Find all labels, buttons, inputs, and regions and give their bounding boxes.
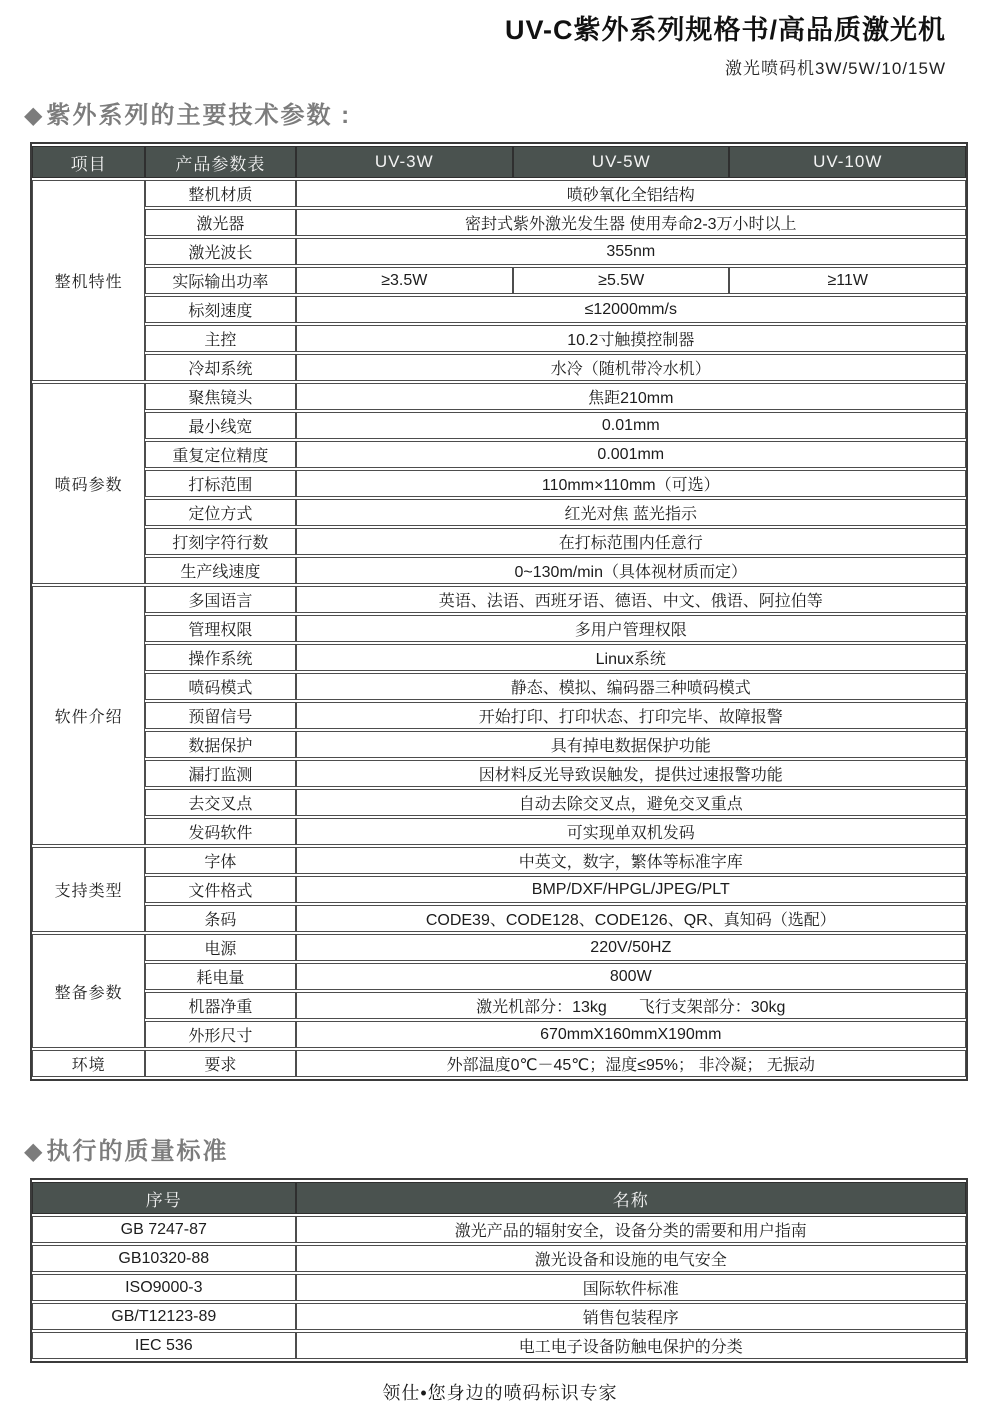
- param-cell: 主控: [145, 325, 295, 352]
- standard-name: 销售包装程序: [296, 1303, 966, 1330]
- param-cell: 定位方式: [145, 499, 295, 526]
- group-label: 支持类型: [32, 847, 145, 932]
- table-row: 重复定位精度 0.001mm: [32, 441, 966, 468]
- col-header-serial: 序号: [32, 1182, 296, 1214]
- page-title: UV-C紫外系列规格书/高品质激光机: [0, 8, 946, 47]
- table-row: 冷却系统 水冷（随机带冷水机）: [32, 354, 966, 381]
- table-row: 最小线宽 0.01mm: [32, 412, 966, 439]
- col-header-param: 产品参数表: [145, 146, 295, 178]
- standards-table-wrap: 序号 名称 GB 7247-87 激光产品的辐射安全，设备分类的需要和用户指南 …: [30, 1178, 968, 1363]
- value-cell: 激光机部分：13kg 飞行支架部分：30kg: [296, 992, 966, 1019]
- value-cell: 具有掉电数据保护功能: [296, 731, 966, 758]
- param-cell: 机器净重: [145, 992, 295, 1019]
- table-row: 定位方式 红光对焦 蓝光指示: [32, 499, 966, 526]
- spec-table: 项目 产品参数表 UV-3W UV-5W UV-10W 整机特性 整机材质 喷砂…: [30, 142, 968, 1081]
- table-header-row: 项目 产品参数表 UV-3W UV-5W UV-10W: [32, 146, 966, 178]
- value-cell: 水冷（随机带冷水机）: [296, 354, 966, 381]
- section-heading-params: ◆紫外系列的主要技术参数 :: [24, 95, 1000, 130]
- col-header-name: 名称: [296, 1182, 966, 1214]
- diamond-icon: ◆: [24, 1138, 44, 1165]
- col-header-uv10w: UV-10W: [729, 146, 966, 178]
- param-cell: 多国语言: [145, 586, 295, 613]
- param-cell: 生产线速度: [145, 557, 295, 584]
- value-cell: 110mm×110mm（可选）: [296, 470, 966, 497]
- table-header-row: 序号 名称: [32, 1182, 966, 1214]
- table-row: 条码 CODE39、CODE128、CODE126、QR、真知码（选配）: [32, 905, 966, 932]
- param-cell: 操作系统: [145, 644, 295, 671]
- value-cell: 密封式紫外激光发生器 使用寿命2-3万小时以上: [296, 209, 966, 236]
- param-cell: 激光器: [145, 209, 295, 236]
- standard-code: GB/T12123-89: [32, 1303, 296, 1330]
- standard-code: GB 7247-87: [32, 1216, 296, 1243]
- value-cell: 0~130m/min（具体视材质而定）: [296, 557, 966, 584]
- section-title: 紫外系列的主要技术参数 :: [46, 102, 351, 129]
- group-label: 整备参数: [32, 934, 145, 1048]
- table-row: 喷码参数 聚焦镜头 焦距210mm: [32, 383, 966, 410]
- value-cell: 220V/50HZ: [296, 934, 966, 961]
- group-label: 喷码参数: [32, 383, 145, 584]
- value-cell-uv3w: ≥3.5W: [296, 267, 513, 294]
- value-cell: 开始打印、打印状态、打印完毕、故障报警: [296, 702, 966, 729]
- value-cell: 在打标范围内任意行: [296, 528, 966, 555]
- param-cell: 耗电量: [145, 963, 295, 990]
- param-cell: 整机材质: [145, 180, 295, 207]
- standard-code: ISO9000-3: [32, 1274, 296, 1301]
- param-cell: 冷却系统: [145, 354, 295, 381]
- standard-code: IEC 536: [32, 1332, 296, 1359]
- section-title: 执行的质量标准: [46, 1138, 228, 1165]
- table-row: 操作系统 Linux系统: [32, 644, 966, 671]
- document-header: UV-C紫外系列规格书/高品质激光机 激光喷码机3W/5W/10/15W: [0, 0, 1000, 79]
- param-cell: 喷码模式: [145, 673, 295, 700]
- table-row: ISO9000-3 国际软件标准: [32, 1274, 966, 1301]
- standard-name: 激光产品的辐射安全，设备分类的需要和用户指南: [296, 1216, 966, 1243]
- table-row: 机器净重 激光机部分：13kg 飞行支架部分：30kg: [32, 992, 966, 1019]
- value-cell: BMP/DXF/HPGL/JPEG/PLT: [296, 876, 966, 903]
- table-row: IEC 536 电工电子设备防触电保护的分类: [32, 1332, 966, 1359]
- col-header-uv5w: UV-5W: [513, 146, 729, 178]
- table-row: 数据保护 具有掉电数据保护功能: [32, 731, 966, 758]
- page-subtitle: 激光喷码机3W/5W/10/15W: [0, 54, 946, 79]
- param-cell: 打标范围: [145, 470, 295, 497]
- table-row: GB/T12123-89 销售包装程序: [32, 1303, 966, 1330]
- table-row: 打标范围 110mm×110mm（可选）: [32, 470, 966, 497]
- value-cell-uv10w: ≥11W: [729, 267, 966, 294]
- value-cell: 中英文，数字，繁体等标准字库: [296, 847, 966, 874]
- param-cell: 字体: [145, 847, 295, 874]
- value-cell: 800W: [296, 963, 966, 990]
- col-header-item: 项目: [32, 146, 145, 178]
- param-cell: 外形尺寸: [145, 1021, 295, 1048]
- diamond-icon: ◆: [24, 102, 44, 129]
- value-cell: CODE39、CODE128、CODE126、QR、真知码（选配）: [296, 905, 966, 932]
- value-cell: 喷砂氧化全铝结构: [296, 180, 966, 207]
- table-row: 管理权限 多用户管理权限: [32, 615, 966, 642]
- value-cell: 因材料反光导致误触发，提供过速报警功能: [296, 760, 966, 787]
- table-row: 漏打监测 因材料反光导致误触发，提供过速报警功能: [32, 760, 966, 787]
- table-row: 整备参数 电源 220V/50HZ: [32, 934, 966, 961]
- param-cell: 标刻速度: [145, 296, 295, 323]
- value-cell: 355nm: [296, 238, 966, 265]
- group-label: 软件介绍: [32, 586, 145, 845]
- standard-code: GB10320-88: [32, 1245, 296, 1272]
- footer-tagline: 领仕•您身边的喷码标识专家: [0, 1379, 1000, 1403]
- table-row: 打刻字符行数 在打标范围内任意行: [32, 528, 966, 555]
- table-row: 激光器 密封式紫外激光发生器 使用寿命2-3万小时以上: [32, 209, 966, 236]
- param-cell: 实际输出功率: [145, 267, 295, 294]
- param-cell: 预留信号: [145, 702, 295, 729]
- table-row: 环境 要求 外部温度0℃－45℃；湿度≤95%； 非冷凝； 无振动: [32, 1050, 966, 1077]
- param-cell: 重复定位精度: [145, 441, 295, 468]
- value-cell: ≤12000mm/s: [296, 296, 966, 323]
- standards-table: 序号 名称 GB 7247-87 激光产品的辐射安全，设备分类的需要和用户指南 …: [30, 1178, 968, 1363]
- table-row: 标刻速度 ≤12000mm/s: [32, 296, 966, 323]
- value-cell: 英语、法语、西班牙语、德语、中文、俄语、阿拉伯等: [296, 586, 966, 613]
- value-cell: 静态、模拟、编码器三种喷码模式: [296, 673, 966, 700]
- param-cell: 数据保护: [145, 731, 295, 758]
- section-heading-standards: ◆执行的质量标准: [24, 1131, 1000, 1166]
- param-cell: 去交叉点: [145, 789, 295, 816]
- table-row: 外形尺寸 670mmX160mmX190mm: [32, 1021, 966, 1048]
- table-row: 整机特性 整机材质 喷砂氧化全铝结构: [32, 180, 966, 207]
- param-cell: 漏打监测: [145, 760, 295, 787]
- value-cell: 外部温度0℃－45℃；湿度≤95%； 非冷凝； 无振动: [296, 1050, 966, 1077]
- param-cell: 条码: [145, 905, 295, 932]
- value-cell: 自动去除交叉点，避免交叉重点: [296, 789, 966, 816]
- value-cell: 红光对焦 蓝光指示: [296, 499, 966, 526]
- table-row: 主控 10.2寸触摸控制器: [32, 325, 966, 352]
- value-cell-uv5w: ≥5.5W: [513, 267, 729, 294]
- value-cell: 焦距210mm: [296, 383, 966, 410]
- group-label: 环境: [32, 1050, 145, 1077]
- value-cell: 0.001mm: [296, 441, 966, 468]
- value-cell: 可实现单双机发码: [296, 818, 966, 845]
- table-row: 文件格式 BMP/DXF/HPGL/JPEG/PLT: [32, 876, 966, 903]
- table-row: 软件介绍 多国语言 英语、法语、西班牙语、德语、中文、俄语、阿拉伯等: [32, 586, 966, 613]
- standard-name: 国际软件标准: [296, 1274, 966, 1301]
- col-header-uv3w: UV-3W: [296, 146, 513, 178]
- table-row: 发码软件 可实现单双机发码: [32, 818, 966, 845]
- table-row: 耗电量 800W: [32, 963, 966, 990]
- table-row: 支持类型 字体 中英文，数字，繁体等标准字库: [32, 847, 966, 874]
- param-cell: 激光波长: [145, 238, 295, 265]
- param-cell: 聚焦镜头: [145, 383, 295, 410]
- table-row: 预留信号 开始打印、打印状态、打印完毕、故障报警: [32, 702, 966, 729]
- table-row: 喷码模式 静态、模拟、编码器三种喷码模式: [32, 673, 966, 700]
- param-cell: 电源: [145, 934, 295, 961]
- standard-name: 电工电子设备防触电保护的分类: [296, 1332, 966, 1359]
- value-cell: 多用户管理权限: [296, 615, 966, 642]
- value-cell: 670mmX160mmX190mm: [296, 1021, 966, 1048]
- table-row: 去交叉点 自动去除交叉点，避免交叉重点: [32, 789, 966, 816]
- value-cell: Linux系统: [296, 644, 966, 671]
- value-cell: 0.01mm: [296, 412, 966, 439]
- standard-name: 激光设备和设施的电气安全: [296, 1245, 966, 1272]
- table-row: 激光波长 355nm: [32, 238, 966, 265]
- param-cell: 文件格式: [145, 876, 295, 903]
- param-cell: 打刻字符行数: [145, 528, 295, 555]
- param-cell: 管理权限: [145, 615, 295, 642]
- value-cell: 10.2寸触摸控制器: [296, 325, 966, 352]
- spec-table-wrap: 项目 产品参数表 UV-3W UV-5W UV-10W 整机特性 整机材质 喷砂…: [30, 142, 968, 1081]
- param-cell: 最小线宽: [145, 412, 295, 439]
- group-label: 整机特性: [32, 180, 145, 381]
- param-cell: 要求: [145, 1050, 295, 1077]
- table-row: GB10320-88 激光设备和设施的电气安全: [32, 1245, 966, 1272]
- table-row: 实际输出功率 ≥3.5W ≥5.5W ≥11W: [32, 267, 966, 294]
- table-row: GB 7247-87 激光产品的辐射安全，设备分类的需要和用户指南: [32, 1216, 966, 1243]
- param-cell: 发码软件: [145, 818, 295, 845]
- table-row: 生产线速度 0~130m/min（具体视材质而定）: [32, 557, 966, 584]
